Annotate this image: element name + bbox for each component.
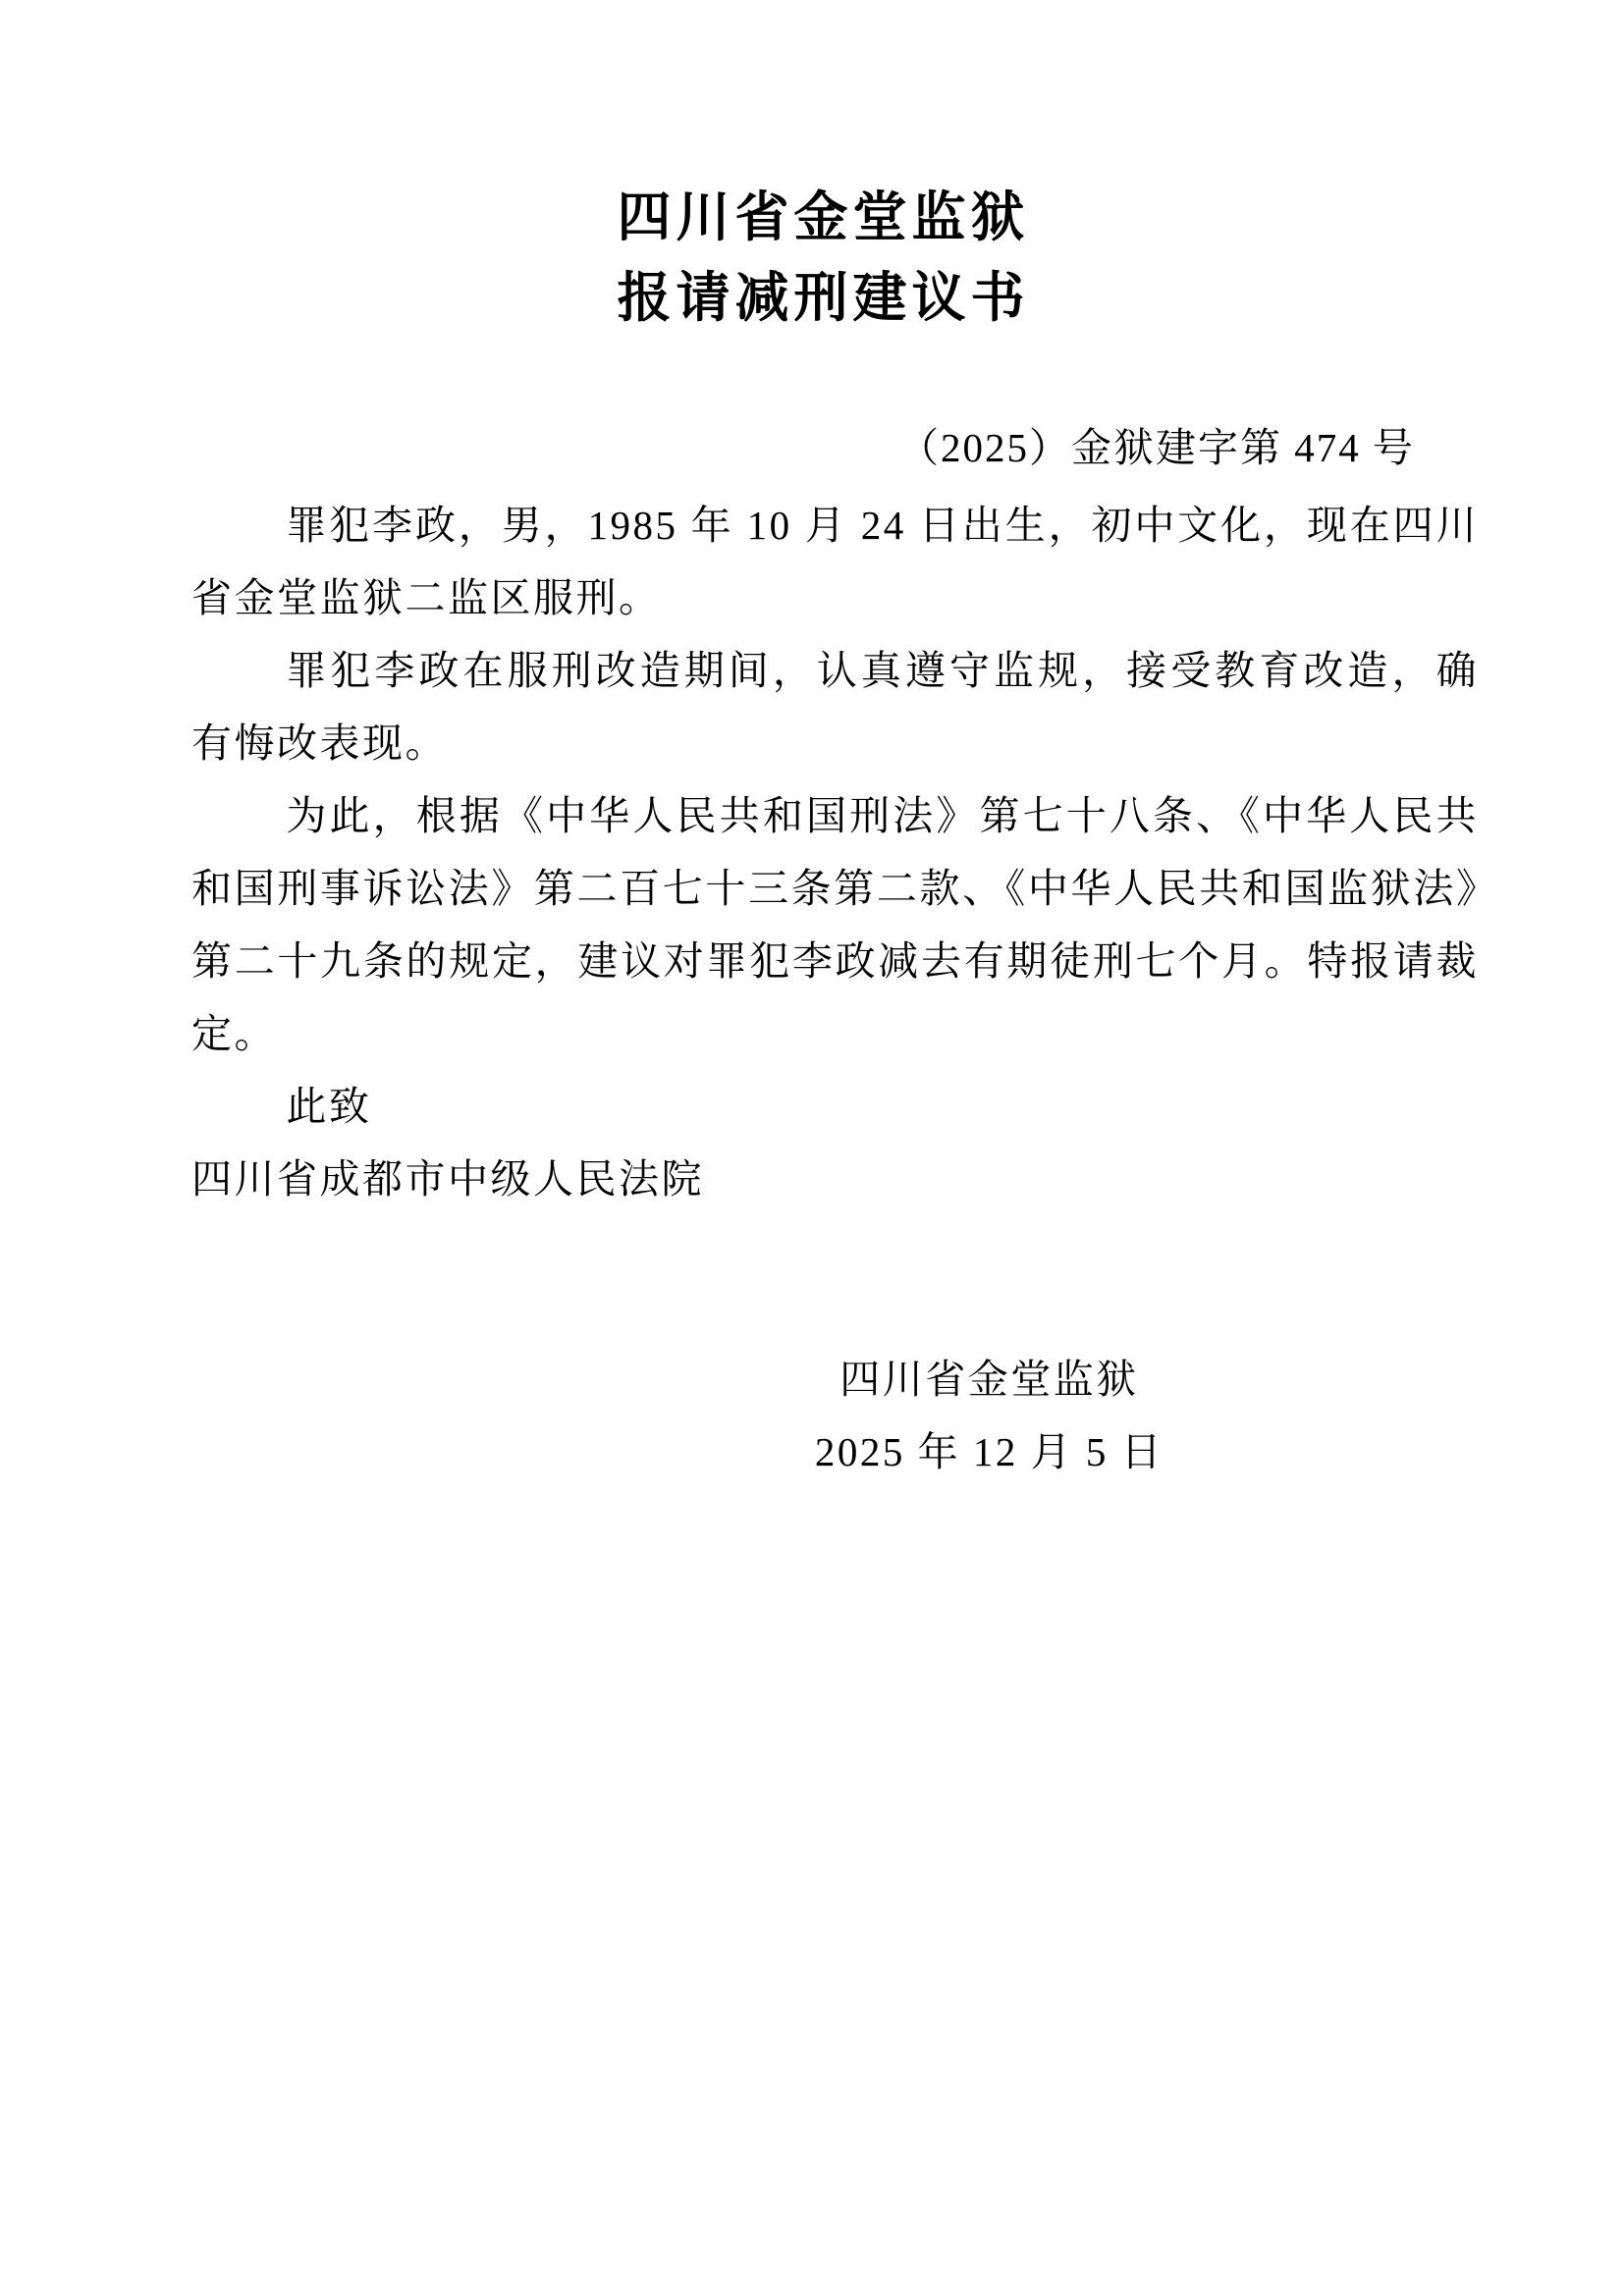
paragraph-conduct: 罪犯李政在服刑改造期间，认真遵守监规，接受教育改造，确有悔改表现。 (191, 634, 1479, 779)
document-number: （2025）金狱建字第 474 号 (191, 411, 1479, 484)
document-title-line2: 报请减刑建议书 (168, 257, 1479, 338)
document-title-line1: 四川省金堂监狱 (168, 177, 1479, 257)
document-body: 罪犯李政，男，1985 年 10 月 24 日出生，初中文化，现在四川省金堂监狱… (191, 489, 1479, 1215)
document-title: 四川省金堂监狱 报请减刑建议书 (168, 177, 1479, 338)
signature-date: 2025 年 12 月 5 日 (785, 1415, 1193, 1488)
recipient-court: 四川省成都市中级人民法院 (191, 1143, 1479, 1215)
salutation: 此致 (191, 1070, 1479, 1143)
paragraph-offender-info: 罪犯李政，男，1985 年 10 月 24 日出生，初中文化，现在四川省金堂监狱… (191, 489, 1479, 634)
signature-organization: 四川省金堂监狱 (785, 1343, 1193, 1415)
paragraph-legal-basis: 为此，根据《中华人民共和国刑法》第七十八条、《中华人民共和国刑事诉讼法》第二百七… (191, 779, 1479, 1070)
document-page: 四川省金堂监狱 报请减刑建议书 （2025）金狱建字第 474 号 罪犯李政，男… (0, 0, 1624, 2296)
signature-block: 四川省金堂监狱 2025 年 12 月 5 日 (785, 1343, 1193, 1488)
